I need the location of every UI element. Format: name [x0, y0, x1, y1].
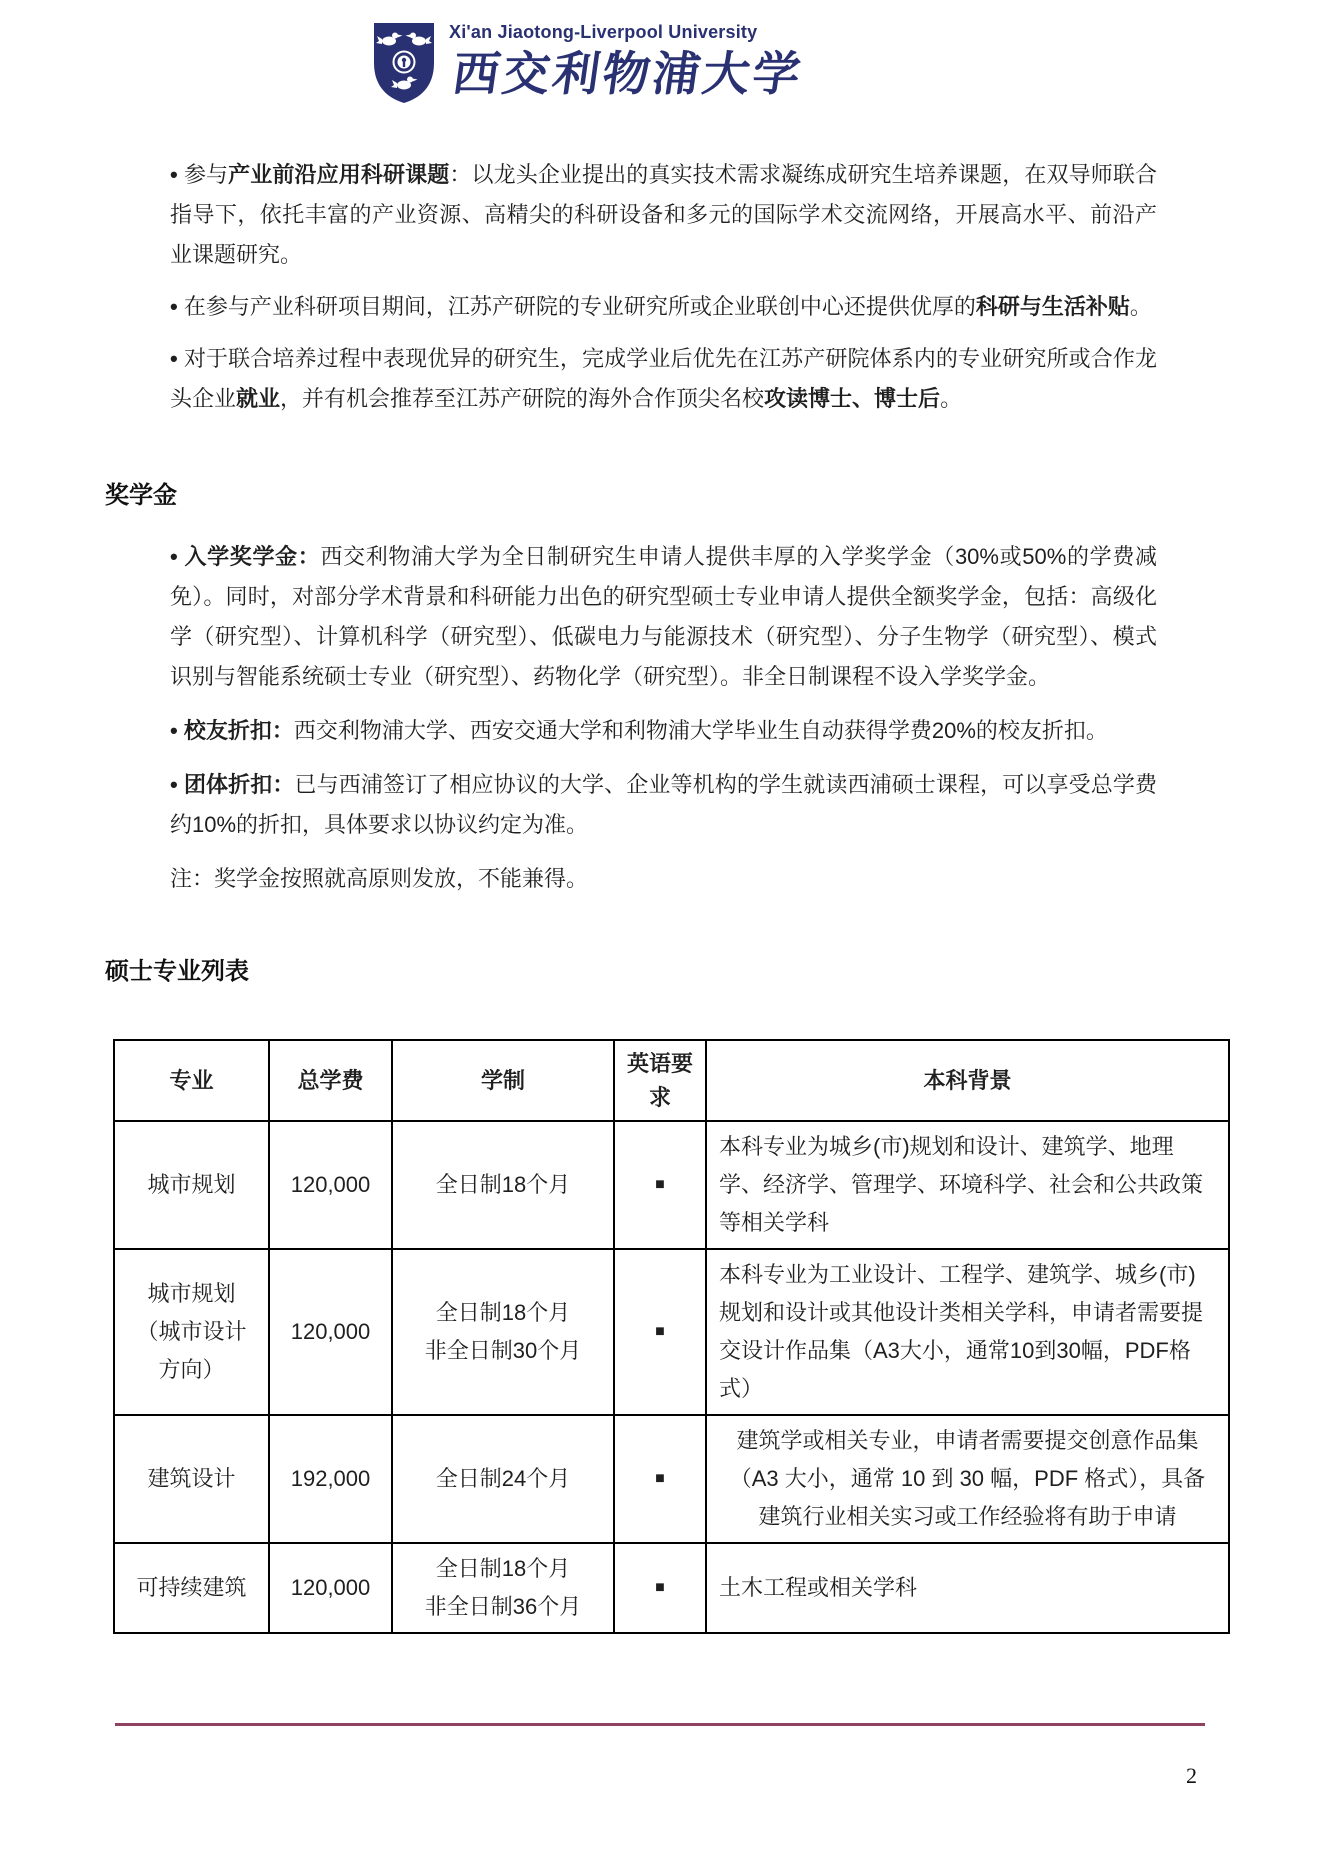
- cell-background: 建筑学或相关专业，申请者需要提交创意作品集（A3 大小，通常 10 到 30 幅…: [706, 1415, 1229, 1543]
- intro-bullet-1: 参与产业前沿应用科研课题：以龙头企业提出的真实技术需求凝练成研究生培养课题，在双…: [170, 155, 1157, 275]
- cell-fee: 192,000: [269, 1415, 392, 1543]
- scholarship-bullet-group: 团体折扣：已与西浦签订了相应协议的大学、企业等机构的学生就读西浦硕士课程，可以享…: [170, 765, 1157, 845]
- intro-bullet-2: 在参与产业科研项目期间，江苏产研院的专业研究所或企业联创中心还提供优厚的科研与生…: [170, 287, 1157, 327]
- page-number: 2: [1186, 1763, 1197, 1789]
- university-name-cn: 西交利物浦大学: [449, 46, 807, 102]
- programs-table: 专业 总学费 学制 英语要求 本科背景 城市规划 120,000 全日制18个月…: [113, 1039, 1230, 1634]
- column-header-fee: 总学费: [269, 1040, 392, 1121]
- scholarship-label: 校友折扣：: [184, 718, 294, 743]
- university-name-block: Xi'an Jiaotong-Liverpool University 西交利物…: [449, 20, 799, 102]
- cell-major: 建筑设计: [114, 1415, 269, 1543]
- cell-duration: 全日制18个月 非全日制36个月: [392, 1543, 614, 1633]
- scholarship-bullet-alumni: 校友折扣：西交利物浦大学、西安交通大学和利物浦大学毕业生自动获得学费20%的校友…: [170, 711, 1157, 751]
- cell-fee: 120,000: [269, 1121, 392, 1249]
- table-row: 城市规划（城市设计方向） 120,000 全日制18个月 非全日制30个月 ■ …: [114, 1249, 1229, 1415]
- table-row: 城市规划 120,000 全日制18个月 ■ 本科专业为城乡(市)规划和设计、建…: [114, 1121, 1229, 1249]
- column-header-major: 专业: [114, 1040, 269, 1121]
- cell-major: 城市规划: [114, 1121, 269, 1249]
- university-logo: Xi'an Jiaotong-Liverpool University 西交利物…: [371, 20, 799, 106]
- programs-heading: 硕士专业列表: [105, 955, 1157, 989]
- university-shield-icon: [371, 20, 437, 106]
- scholarship-note: 注：奖学金按照就高原则发放，不能兼得。: [170, 859, 1157, 899]
- cell-duration: 全日制18个月: [392, 1121, 614, 1249]
- cell-english-requirement: ■: [614, 1543, 706, 1633]
- footer-divider: [115, 1723, 1205, 1726]
- cell-background: 本科专业为城乡(市)规划和设计、建筑学、地理学、经济学、管理学、环境科学、社会和…: [706, 1121, 1229, 1249]
- cell-background: 土木工程或相关学科: [706, 1543, 1229, 1633]
- scholarship-label: 入学奖学金：: [184, 544, 320, 569]
- text-segment: ，并有机会推荐至江苏产研院的海外合作顶尖名校: [280, 386, 764, 411]
- text-segment: 已与西浦签订了相应协议的大学、企业等机构的学生就读西浦硕士课程，可以享受总学费约…: [170, 772, 1157, 837]
- text-segment: 在参与产业科研项目期间，江苏产研院的专业研究所或企业联创中心还提供优厚的: [184, 294, 976, 319]
- cell-english-requirement: ■: [614, 1415, 706, 1543]
- cell-english-requirement: ■: [614, 1121, 706, 1249]
- cell-background: 本科专业为工业设计、工程学、建筑学、城乡(市)规划和设计或其他设计类相关学科，申…: [706, 1249, 1229, 1415]
- table-header-row: 专业 总学费 学制 英语要求 本科背景: [114, 1040, 1229, 1121]
- intro-bullet-3: 对于联合培养过程中表现优异的研究生，完成学业后优先在江苏产研院体系内的专业研究所…: [170, 339, 1157, 419]
- cell-duration: 全日制18个月 非全日制30个月: [392, 1249, 614, 1415]
- text-segment: 参与: [184, 162, 228, 187]
- scholarship-label: 团体折扣：: [184, 772, 295, 797]
- text-segment-bold: 就业: [236, 386, 280, 411]
- text-segment: 西交利物浦大学、西安交通大学和利物浦大学毕业生自动获得学费20%的校友折扣。: [294, 718, 1108, 743]
- university-name-en: Xi'an Jiaotong-Liverpool University: [449, 20, 799, 44]
- cell-fee: 120,000: [269, 1249, 392, 1415]
- cell-english-requirement: ■: [614, 1249, 706, 1415]
- scholarship-bullet-entry: 入学奖学金：西交利物浦大学为全日制研究生申请人提供丰厚的入学奖学金（30%或50…: [170, 537, 1157, 697]
- column-header-background: 本科背景: [706, 1040, 1229, 1121]
- cell-major: 可持续建筑: [114, 1543, 269, 1633]
- document-content: 参与产业前沿应用科研课题：以龙头企业提出的真实技术需求凝练成研究生培养课题，在双…: [170, 155, 1157, 1634]
- scholarship-heading: 奖学金: [105, 479, 1157, 513]
- text-segment-bold: 产业前沿应用科研课题: [228, 162, 449, 187]
- text-segment: 。: [940, 386, 962, 411]
- table-row: 可持续建筑 120,000 全日制18个月 非全日制36个月 ■ 土木工程或相关…: [114, 1543, 1229, 1633]
- column-header-duration: 学制: [392, 1040, 614, 1121]
- text-segment-bold: 科研与生活补贴: [976, 294, 1130, 319]
- cell-major: 城市规划（城市设计方向）: [114, 1249, 269, 1415]
- text-segment-bold: 攻读博士、博士后: [764, 386, 940, 411]
- table-row: 建筑设计 192,000 全日制24个月 ■ 建筑学或相关专业，申请者需要提交创…: [114, 1415, 1229, 1543]
- document-page: Xi'an Jiaotong-Liverpool University 西交利物…: [0, 0, 1322, 1873]
- column-header-english: 英语要求: [614, 1040, 706, 1121]
- cell-duration: 全日制24个月: [392, 1415, 614, 1543]
- text-segment: 。: [1130, 294, 1152, 319]
- cell-fee: 120,000: [269, 1543, 392, 1633]
